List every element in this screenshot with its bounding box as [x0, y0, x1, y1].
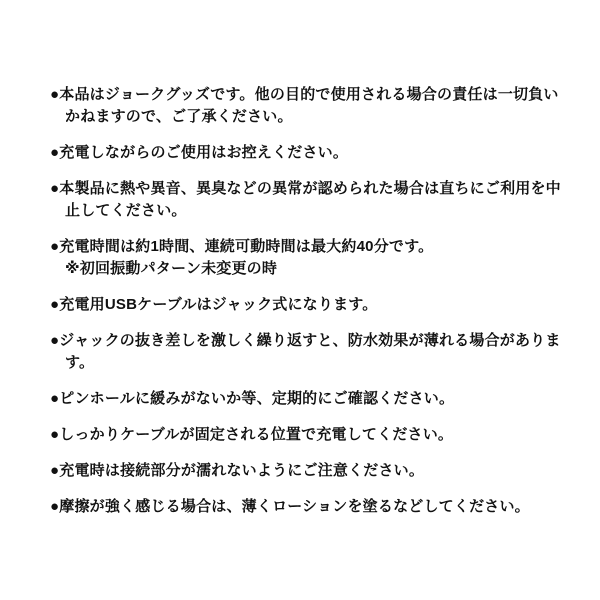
- notice-text: 本製品に熱や異音、異臭などの異常が認められた場合は直ちにご利用を中止してください…: [59, 180, 561, 219]
- product-notice-page: ●本品はジョークグッズです。他の目的で使用される場合の責任は一切負いかねますので…: [0, 0, 600, 600]
- notice-text: 摩擦が強く感じる場合は、薄くローションを塗るなどしてください。: [59, 498, 530, 515]
- bullet-icon: ●: [50, 332, 59, 349]
- notice-item: ●充電しながらのご使用はお控えください。: [50, 142, 572, 164]
- notice-list: ●本品はジョークグッズです。他の目的で使用される場合の責任は一切負いかねますので…: [50, 84, 572, 518]
- bullet-icon: ●: [50, 238, 59, 255]
- bullet-icon: ●: [50, 498, 59, 515]
- notice-note: ※初回振動パターン未変更の時: [65, 258, 572, 280]
- bullet-icon: ●: [50, 296, 59, 313]
- notice-item: ●本品はジョークグッズです。他の目的で使用される場合の責任は一切負いかねますので…: [50, 84, 572, 128]
- bullet-icon: ●: [50, 390, 59, 407]
- notice-text: 本品はジョークグッズです。他の目的で使用される場合の責任は一切負いかねますので、…: [59, 86, 558, 125]
- notice-text: ジャックの抜き差しを激しく繰り返すと、防水効果が薄れる場合があります。: [59, 332, 560, 371]
- bullet-icon: ●: [50, 462, 59, 479]
- bullet-icon: ●: [50, 86, 59, 103]
- notice-item: ●充電用USBケーブルはジャック式になります。: [50, 294, 572, 316]
- notice-text: 充電時は接続部分が濡れないようにご注意ください。: [59, 462, 424, 479]
- notice-item: ●ジャックの抜き差しを激しく繰り返すと、防水効果が薄れる場合があります。: [50, 330, 572, 374]
- notice-item: ●充電時間は約1時間、連続可動時間は最大約40分です。 ※初回振動パターン未変更…: [50, 236, 572, 280]
- notice-item: ●充電時は接続部分が濡れないようにご注意ください。: [50, 460, 572, 482]
- bullet-icon: ●: [50, 426, 59, 443]
- bullet-icon: ●: [50, 180, 59, 197]
- notice-text: 充電時間は約1時間、連続可動時間は最大約40分です。: [59, 238, 433, 255]
- notice-item: ●本製品に熱や異音、異臭などの異常が認められた場合は直ちにご利用を中止してくださ…: [50, 178, 572, 222]
- notice-text: しっかりケーブルが固定される位置で充電してください。: [59, 426, 453, 443]
- notice-text: ピンホールに緩みがないか等、定期的にご確認ください。: [59, 390, 454, 407]
- notice-item: ●しっかりケーブルが固定される位置で充電してください。: [50, 424, 572, 446]
- notice-text: 充電しながらのご使用はお控えください。: [59, 144, 348, 161]
- bullet-icon: ●: [50, 144, 59, 161]
- notice-item: ●摩擦が強く感じる場合は、薄くローションを塗るなどしてください。: [50, 496, 572, 518]
- notice-text: 充電用USBケーブルはジャック式になります。: [59, 296, 377, 313]
- notice-item: ●ピンホールに緩みがないか等、定期的にご確認ください。: [50, 388, 572, 410]
